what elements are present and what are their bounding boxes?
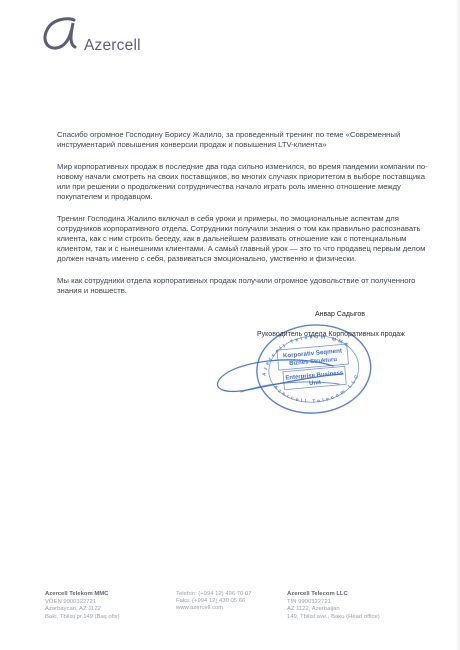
footer-phone: Telefon: (+994 12) 496 70 07 <box>176 591 281 598</box>
footer-contacts: Telefon: (+994 12) 496 70 07 Faks: (+994… <box>176 591 281 613</box>
signatory-title: Руководитель отдела Корпоративных продаж <box>257 331 437 338</box>
footer-fax: Faks: (+994 12) 430 05 66 <box>176 598 281 605</box>
footer-company-az: Azercell Telekom MMC VÖEN 9900322721 Azə… <box>45 591 170 621</box>
footer-address-az: Bakı, Tbilisi pr.149 (Baş ofis) <box>45 614 170 621</box>
footer-company-az-title: Azercell Telekom MMC <box>45 591 170 598</box>
azercell-wordmark: Azercell <box>84 37 141 55</box>
footer-address-en: 149, Tbilisi ave., Baku (Head office) <box>287 614 437 621</box>
paragraph-thanks: Спасибо огромное Господину Борису Жалило… <box>57 130 435 150</box>
azercell-logo: Azercell <box>38 16 141 63</box>
footer-country-en: AZ 1122, Azerbaijan <box>287 606 437 613</box>
paragraph-market: Мир корпоративных продаж в последние два… <box>57 162 435 202</box>
footer-country-az: Azərbaycan, AZ 1122 <box>45 606 170 613</box>
footer-voen: VÖEN 9900322721 <box>45 599 170 606</box>
paragraph-training: Тренинг Господина Жалило включал в себя … <box>57 214 435 264</box>
azercell-a-icon <box>38 16 82 63</box>
scan-shadow <box>455 0 460 650</box>
footer-company-en: Azercell Telecom LLC TIN 9900322721 AZ 1… <box>287 591 437 621</box>
handwritten-signature <box>213 352 348 409</box>
footer-company-en-title: Azercell Telecom LLC <box>287 591 437 598</box>
footer-website: www.azercell.com <box>176 605 281 612</box>
letter-body: Спасибо огромное Господину Борису Жалило… <box>57 130 435 308</box>
paragraph-closing: Мы как сотрудники отдела корпоративных п… <box>57 276 435 296</box>
letter-page: Azercell Спасибо огромное Господину Бори… <box>0 0 460 650</box>
signatory-name: Анвар Садыгов <box>280 311 400 318</box>
footer-tin: TIN 9900322721 <box>287 599 437 606</box>
